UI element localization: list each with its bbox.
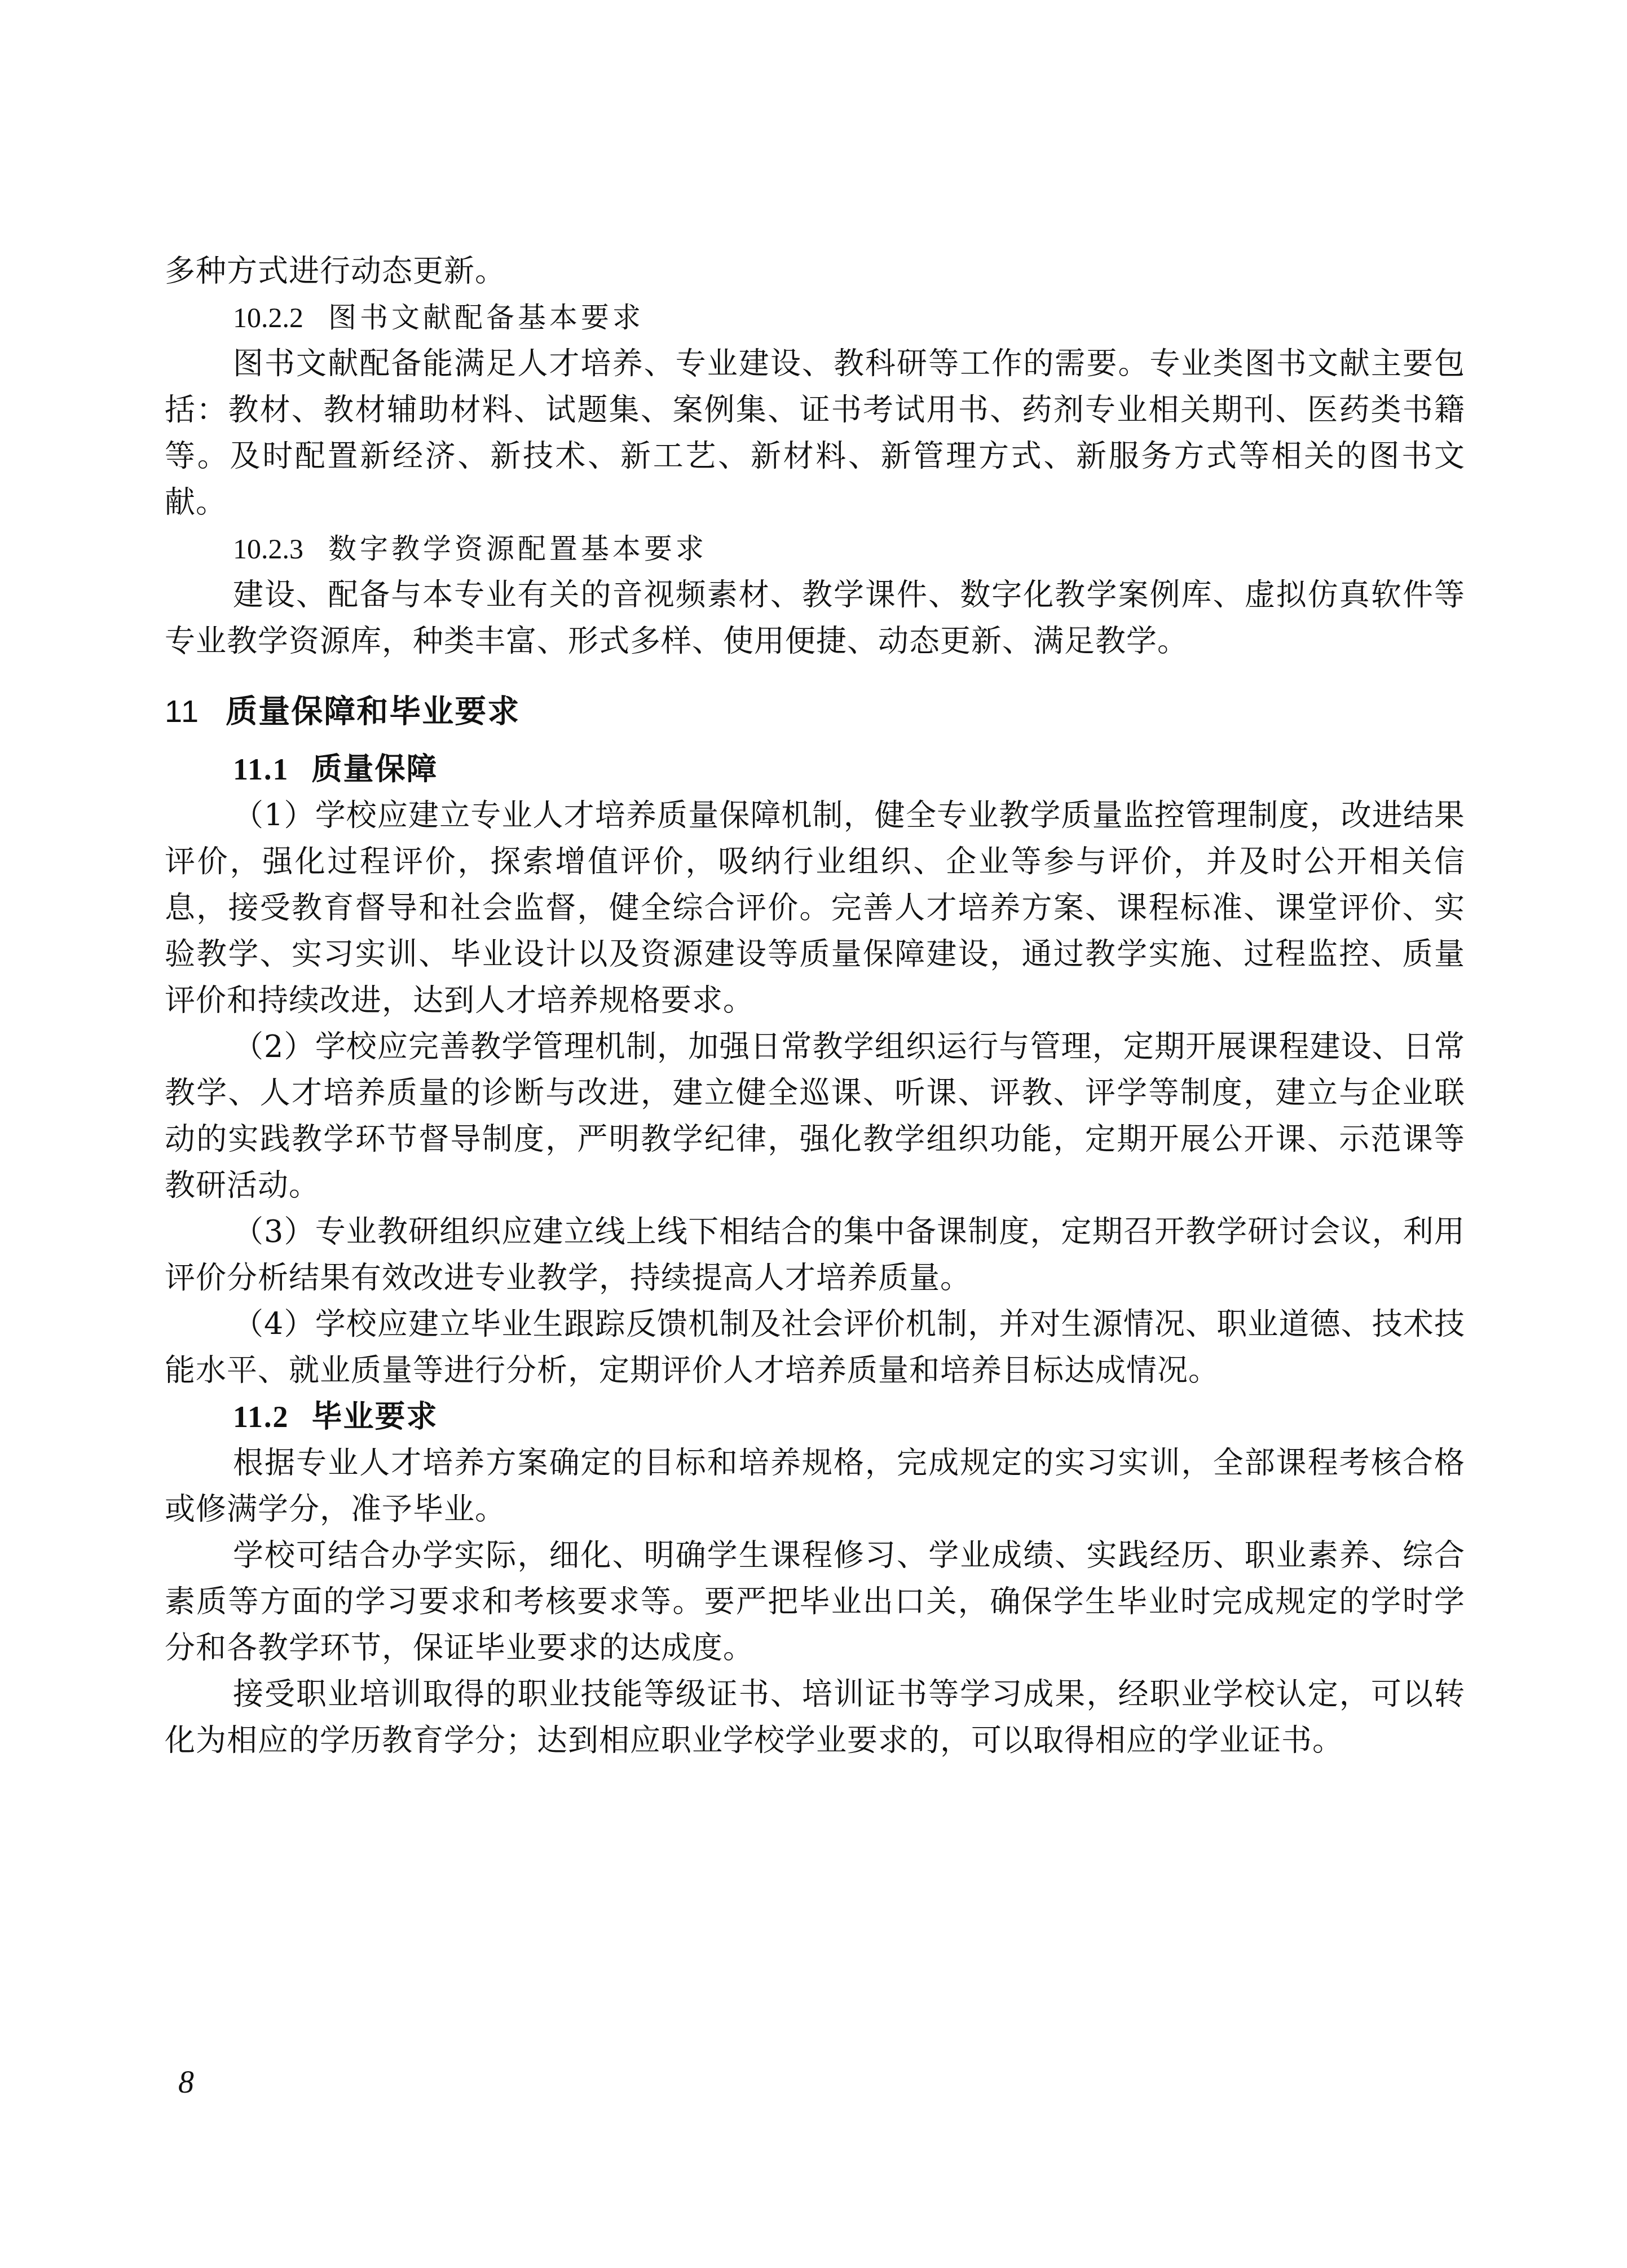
paragraph-11-1-4: （4）学校应建立毕业生跟踪反馈机制及社会评价机制，并对生源情况、职业道德、技术技… [165, 1301, 1465, 1394]
paragraph-11-2-2: 学校可结合办学实际，细化、明确学生课程修习、学业成绩、实践经历、职业素养、综合素… [165, 1532, 1465, 1671]
heading-number: 10.2.2 [233, 302, 303, 333]
continuation-paragraph: 多种方式进行动态更新。 [165, 248, 1465, 294]
paragraph-11-1-3: （3）专业教研组织应建立线上线下相结合的集中备课制度，定期召开教学研讨会议，利用… [165, 1209, 1465, 1301]
heading-title: 毕业要求 [312, 1399, 438, 1434]
paragraph-10-2-2-1: 图书文献配备能满足人才培养、专业建设、教科研等工作的需要。专业类图书文献主要包括… [165, 341, 1465, 526]
heading-11-1: 11.1质量保障 [165, 746, 1465, 792]
heading-number: 11.2 [233, 1400, 289, 1434]
paragraph-11-2-3: 接受职业培训取得的职业技能等级证书、培训证书等学习成果，经职业学校认定，可以转化… [165, 1671, 1465, 1764]
heading-11-2: 11.2毕业要求 [165, 1394, 1465, 1440]
paragraph-10-2-3-1: 建设、配备与本专业有关的音视频素材、教学课件、数字化教学案例库、虚拟仿真软件等专… [165, 572, 1465, 664]
heading-title: 质量保障 [312, 751, 438, 787]
heading-11: 11质量保障和毕业要求 [165, 688, 1465, 735]
page-body: 多种方式进行动态更新。 10.2.2图书文献配备基本要求 图书文献配备能满足人才… [165, 248, 1465, 1764]
heading-number: 11 [165, 693, 200, 729]
heading-title: 质量保障和毕业要求 [226, 693, 520, 730]
heading-10-2-3: 10.2.3数字教学资源配置基本要求 [165, 526, 1465, 572]
paragraph-11-1-1: （1）学校应建立专业人才培养质量保障机制，健全专业教学质量监控管理制度，改进结果… [165, 792, 1465, 1024]
heading-title: 数字教学资源配置基本要求 [328, 532, 707, 565]
heading-number: 11.1 [233, 752, 289, 786]
paragraph-11-1-2: （2）学校应完善教学管理机制，加强日常教学组织运行与管理，定期开展课程建设、日常… [165, 1024, 1465, 1209]
page-number: 8 [178, 2064, 194, 2100]
heading-title: 图书文献配备基本要求 [328, 301, 644, 334]
paragraph-11-2-1: 根据专业人才培养方案确定的目标和培养规格，完成规定的实习实训，全部课程考核合格或… [165, 1440, 1465, 1532]
heading-10-2-2: 10.2.2图书文献配备基本要求 [165, 294, 1465, 341]
heading-number: 10.2.3 [233, 533, 303, 565]
